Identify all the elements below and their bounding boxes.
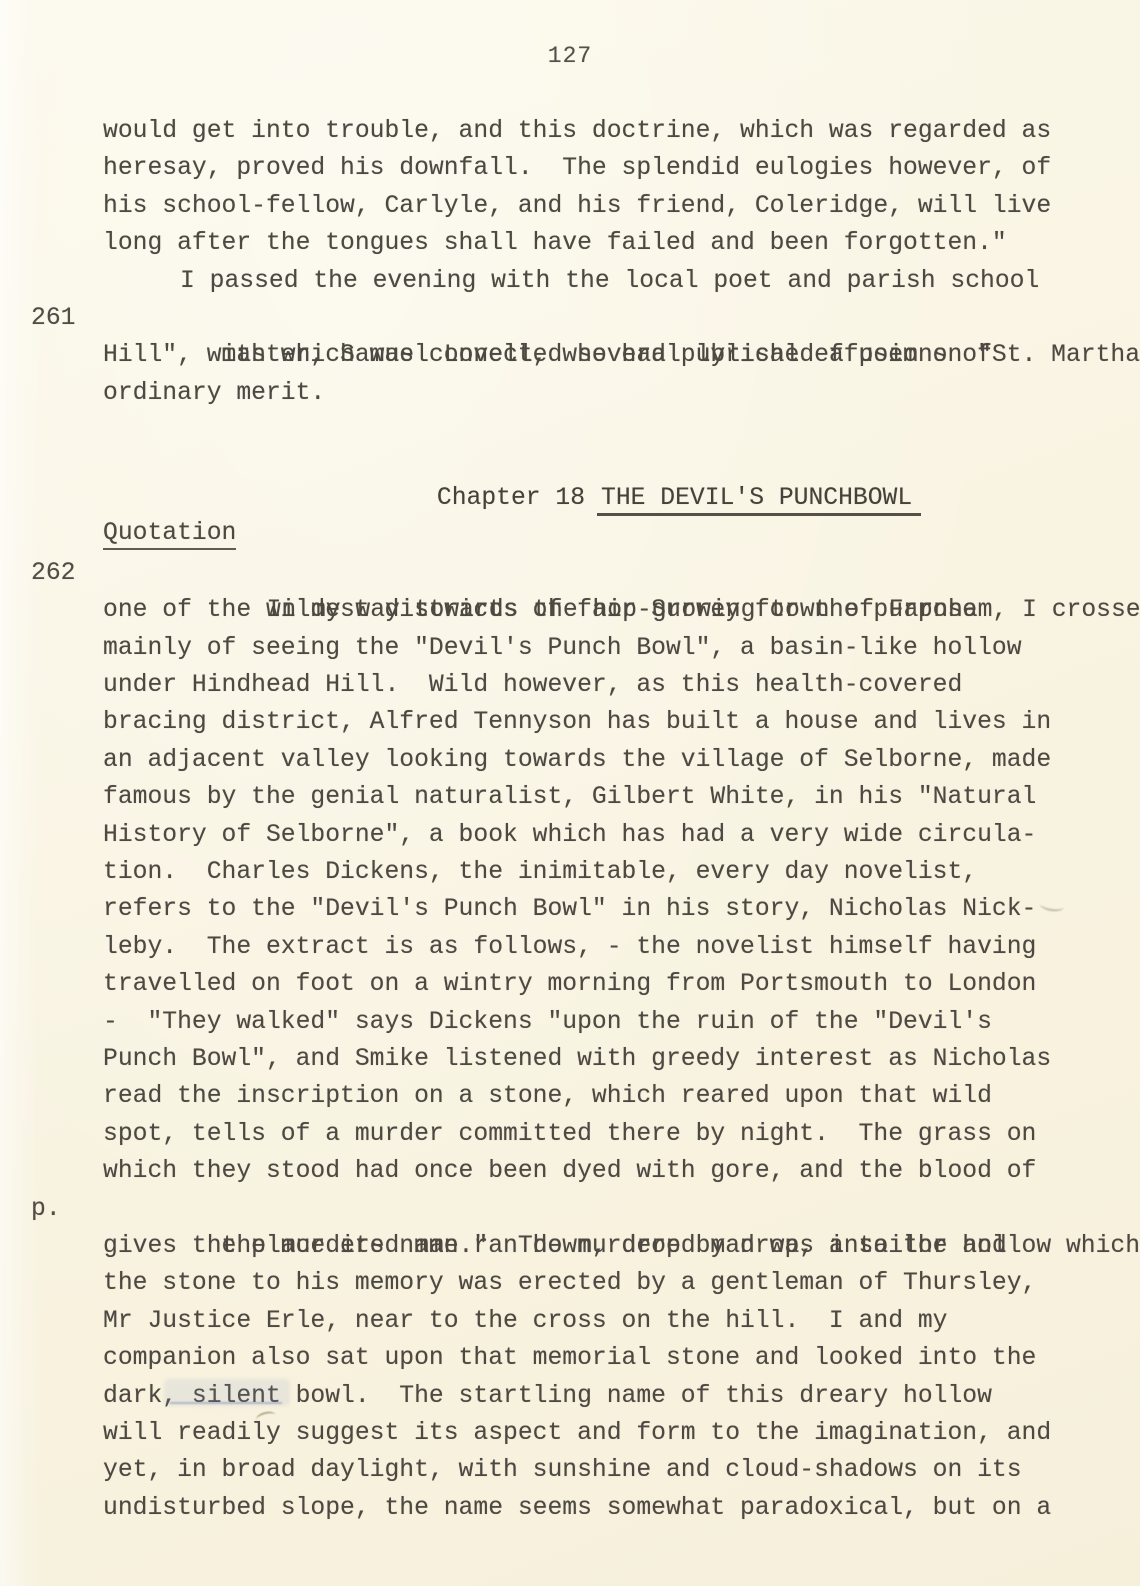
text-line: 262In my way towards the hop-growing tow… <box>103 555 1140 592</box>
section-label: Quotation <box>103 519 236 550</box>
scanned-typescript-page: 127 would get into trouble, and this doc… <box>0 0 1140 1586</box>
paragraph-2: I passed the evening with the local poet… <box>103 263 1140 413</box>
line-text: leby. The extract is as follows, - the n… <box>103 933 1036 961</box>
margin-paragraph-ref: 261 <box>31 300 75 337</box>
line-text: refers to the "Devil's Punch Bowl" in hi… <box>103 895 1036 923</box>
text-line: one of the wildest districts of fair Sur… <box>103 592 1140 629</box>
text-line: which they stood had once been dyed with… <box>103 1153 1140 1190</box>
text-line: mainly of seeing the "Devil's Punch Bowl… <box>103 630 1140 667</box>
text-line: leby. The extract is as follows, - the n… <box>103 929 1140 966</box>
text-line: undisturbed slope, the name seems somewh… <box>103 1490 1140 1527</box>
ink-smudge-underline <box>170 1402 282 1404</box>
text-line: I passed the evening with the local poet… <box>103 263 1140 300</box>
text-line: travelled on foot on a wintry morning fr… <box>103 966 1140 1003</box>
chapter-title: THE DEVIL'S PUNCHBOWL <box>597 484 921 516</box>
chapter-number-label: Chapter 18 <box>437 484 585 512</box>
line-text: read the inscription on a stone, which r… <box>103 1082 992 1110</box>
text-line: yet, in broad daylight, with sunshine an… <box>103 1452 1140 1489</box>
text-line: History of Selborne", a book which has h… <box>103 817 1140 854</box>
line-text: the stone to his memory was erected by a… <box>103 1269 1036 1297</box>
text-line: tion. Charles Dickens, the inimitable, e… <box>103 854 1140 891</box>
line-text: - "They walked" says Dickens "upon the r… <box>103 1008 992 1036</box>
page-body: would get into trouble, and this doctrin… <box>103 113 1140 1527</box>
text-line: the stone to his memory was erected by a… <box>103 1265 1140 1302</box>
line-text: one of the wildest districts of fair Sur… <box>103 596 977 624</box>
margin-page-note: p. <box>31 1191 61 1228</box>
chapter-heading: Chapter 18THE DEVIL'S PUNCHBOWL <box>103 442 1140 479</box>
line-text: under Hindhead Hill. Wild however, as th… <box>103 671 962 699</box>
page-number: 127 <box>0 0 1140 72</box>
text-line: 261master, Samuel Lovell, who had publis… <box>103 300 1140 337</box>
section-heading: Quotation <box>103 515 1140 552</box>
text-line: his school-fellow, Carlyle, and his frie… <box>103 188 1140 225</box>
text-line: ordinary merit. <box>103 375 1140 412</box>
line-text: his school-fellow, Carlyle, and his frie… <box>103 192 1051 220</box>
line-text: ordinary merit. <box>103 379 325 407</box>
text-line: read the inscription on a stone, which r… <box>103 1078 1140 1115</box>
line-text: companion also sat upon that memorial st… <box>103 1344 1036 1372</box>
line-text: long after the tongues shall have failed… <box>103 229 1007 257</box>
line-text: Punch Bowl", and Smike listened with gre… <box>103 1045 1051 1073</box>
text-line: heresay, proved his downfall. The splend… <box>103 150 1140 187</box>
text-line: Hill", with which was connected several … <box>103 337 1140 374</box>
line-text: undisturbed slope, the name seems somewh… <box>103 1494 1051 1522</box>
line-text: I passed the evening with the local poet… <box>180 267 1039 295</box>
text-line: under Hindhead Hill. Wild however, as th… <box>103 667 1140 704</box>
text-line: Punch Bowl", and Smike listened with gre… <box>103 1041 1140 1078</box>
line-text: which they stood had once been dyed with… <box>103 1157 1036 1185</box>
text-line: gives the place its name." The murdered … <box>103 1228 1140 1265</box>
line-text: bracing district, Alfred Tennyson has bu… <box>103 708 1051 736</box>
text-line: Mr Justice Erle, near to the cross on th… <box>103 1303 1140 1340</box>
text-line: p.the murdered man ran down, drop by dro… <box>103 1191 1140 1228</box>
margin-paragraph-ref: 262 <box>31 555 75 592</box>
text-line: long after the tongues shall have failed… <box>103 225 1140 262</box>
line-text: tion. Charles Dickens, the inimitable, e… <box>103 858 977 886</box>
text-line: an adjacent valley looking towards the v… <box>103 742 1140 779</box>
text-line: - "They walked" says Dickens "upon the r… <box>103 1004 1140 1041</box>
text-line: companion also sat upon that memorial st… <box>103 1340 1140 1377</box>
line-text: History of Selborne", a book which has h… <box>103 821 1036 849</box>
paragraph-1: would get into trouble, and this doctrin… <box>103 113 1140 263</box>
text-line: spot, tells of a murder committed there … <box>103 1116 1140 1153</box>
line-text: Mr Justice Erle, near to the cross on th… <box>103 1307 947 1335</box>
line-text: famous by the genial naturalist, Gilbert… <box>103 783 1036 811</box>
line-text: heresay, proved his downfall. The splend… <box>103 154 1051 182</box>
text-line: would get into trouble, and this doctrin… <box>103 113 1140 150</box>
line-text: travelled on foot on a wintry morning fr… <box>103 970 1036 998</box>
text-line: bracing district, Alfred Tennyson has bu… <box>103 704 1140 741</box>
line-text: gives the place its name." The murdered … <box>103 1232 1007 1260</box>
line-text: would get into trouble, and this doctrin… <box>103 117 1051 145</box>
line-text: will readily suggest its aspect and form… <box>103 1419 1051 1447</box>
line-text: spot, tells of a murder committed there … <box>103 1120 1036 1148</box>
line-text: mainly of seeing the "Devil's Punch Bowl… <box>103 634 1022 662</box>
line-text: an adjacent valley looking towards the v… <box>103 746 1051 774</box>
text-line: refers to the "Devil's Punch Bowl" in hi… <box>103 891 1140 928</box>
line-text: yet, in broad daylight, with sunshine an… <box>103 1456 1022 1484</box>
line-text: Hill", with which was connected several … <box>103 341 992 369</box>
text-line: famous by the genial naturalist, Gilbert… <box>103 779 1140 816</box>
